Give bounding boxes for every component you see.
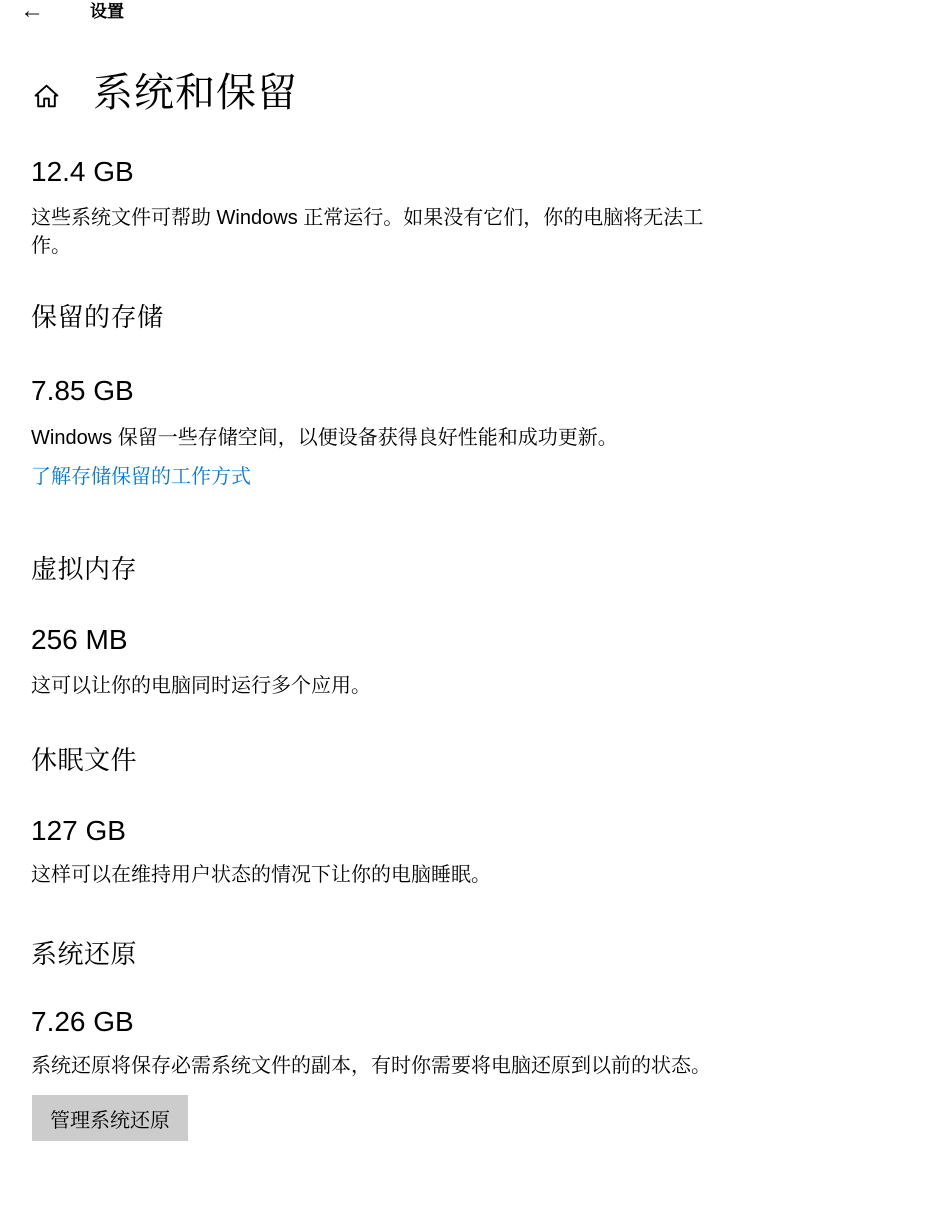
system-restore-size: 7.26 GB xyxy=(31,1005,134,1039)
section-heading-system-restore: 系统还原 xyxy=(31,938,137,971)
section-heading-virtual-memory: 虚拟内存 xyxy=(31,553,137,586)
virtual-memory-description: 这可以让你的电脑同时运行多个应用。 xyxy=(31,672,731,700)
system-files-description: 这些系统文件可帮助 Windows 正常运行。如果没有它们，你的电脑将无法工作。 xyxy=(31,204,731,260)
reserved-storage-learn-more-link[interactable]: 了解存储保留的工作方式 xyxy=(31,463,251,491)
system-restore-description: 系统还原将保存必需系统文件的副本，有时你需要将电脑还原到以前的状态。 xyxy=(31,1052,731,1080)
reserved-storage-size: 7.85 GB xyxy=(31,374,134,408)
app-title: 设置 xyxy=(90,1,124,23)
back-button[interactable]: ← xyxy=(20,0,44,24)
hibernation-file-size: 127 GB xyxy=(31,814,126,848)
home-icon xyxy=(33,82,60,110)
section-heading-reserved-storage: 保留的存储 xyxy=(31,301,164,334)
page-title: 系统和保留 xyxy=(93,68,298,118)
virtual-memory-size: 256 MB xyxy=(31,623,128,657)
section-heading-hibernation-file: 休眠文件 xyxy=(31,744,137,777)
reserved-storage-description: Windows 保留一些存储空间，以便设备获得良好性能和成功更新。 xyxy=(31,424,731,452)
settings-window: ← 设置 系统和保留 12.4 GB 这些系统文件可帮助 Windows 正常运… xyxy=(0,0,925,1209)
system-files-size: 12.4 GB xyxy=(31,155,134,189)
hibernation-file-description: 这样可以在维持用户状态的情况下让你的电脑睡眠。 xyxy=(31,861,731,889)
manage-system-restore-button[interactable]: 管理系统还原 xyxy=(32,1095,188,1141)
